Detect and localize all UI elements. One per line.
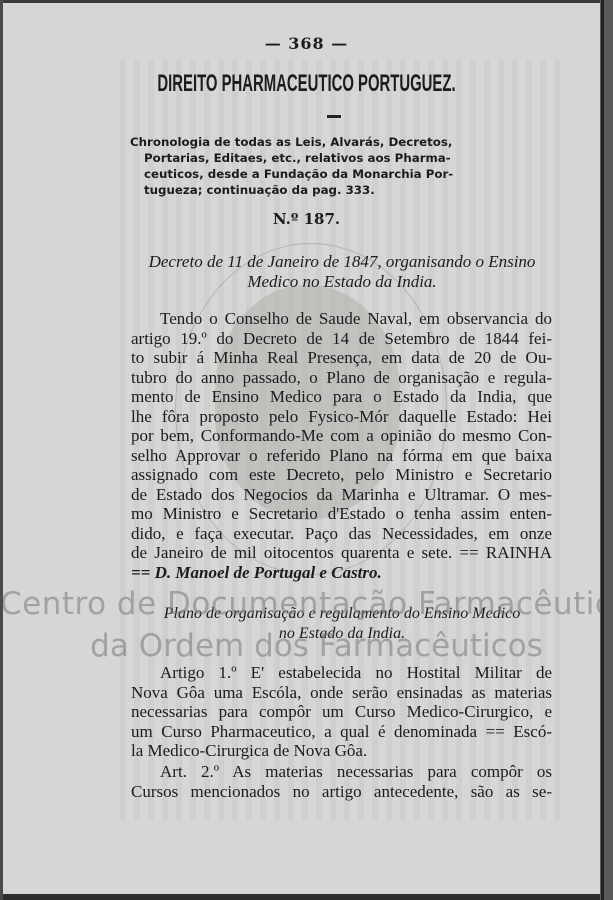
title-rule [327,115,341,118]
text-line: mo Ministro e Secretario d'Estado o tenh… [131,504,552,524]
text-line: dido, e faça executar. Paço das Necessid… [131,524,552,544]
plan-title-line: Plano de organisação e regulamento do En… [130,604,554,624]
scan-left-edge [0,0,3,900]
plan-title: Plano de organisação e regulamento do En… [130,604,554,644]
text-line: assignado com este Decreto, pelo Ministr… [131,465,552,485]
subtitle-line: Portarias, Editaes, etc., relativos aos … [130,150,554,166]
text-line: to subir á Minha Real Presença, em data … [131,348,552,368]
text-line: de Estado dos Negocios da Marinha e Ultr… [131,485,552,505]
subtitle-line: ceuticos, desde a Fundação da Monarchia … [130,166,554,182]
text-line: Cursos mencionados no artigo antecedente… [131,782,552,802]
page-number: — 368 — [0,34,613,53]
text-line: um Curso Pharmaceutico, a qual é denomin… [131,722,552,742]
subtitle-line: Chronologia de todas as Leis, Alvarás, D… [130,134,554,150]
journal-title: DIREITO PHARMACEUTICO PORTUGUEZ. [116,70,496,98]
text-line: por bem, Conformando-Me com a opinião do… [131,426,552,446]
text-line: Tendo o Conselho de Saude Naval, em obse… [131,309,552,329]
decree-title-line: Medico no Estado da India. [130,272,554,292]
text-line: la Medico-Cirurgica de Nova Gôa. [131,741,552,761]
section-subtitle: Chronologia de todas as Leis, Alvarás, D… [130,134,554,198]
scan-right-edge [601,0,604,900]
entry-number: N.º 187. [0,210,613,228]
plan-title-line: no Estado da India. [130,624,554,644]
text-line: Nova Gôa uma Escóla, onde serão ensinada… [131,683,552,703]
decree-title-line: Decreto de 11 de Janeiro de 1847, organi… [130,252,554,272]
scan-bottom-edge [0,894,613,900]
decree-title: Decreto de 11 de Janeiro de 1847, organi… [130,252,554,292]
text-line: Art. 2.º As materias necessarias para co… [131,762,552,782]
text-line: lhe fôra proposto pelo Fysico-Mór daquel… [131,407,552,427]
subtitle-line: tugueza; continuação da pag. 333. [130,182,554,198]
decree-paragraph: Tendo o Conselho de Saude Naval, em obse… [131,309,552,582]
article-2: Art. 2.º As materias necessarias para co… [131,762,552,801]
text-line: artigo 19.º do Decreto de 14 de Setembro… [131,329,552,349]
text-line: selho Approvar o referido Plano na fórma… [131,446,552,466]
signature-line: == D. Manoel de Portugal e Castro. [131,563,552,583]
text-line: Artigo 1.º E' estabelecida no Hostital M… [131,663,552,683]
scan-top-edge [0,0,613,3]
article-1: Artigo 1.º E' estabelecida no Hostital M… [131,663,552,761]
document-page: — 368 — DIREITO PHARMACEUTICO PORTUGUEZ.… [0,0,613,900]
text-line: mento de Ensino Medico para o Estado da … [131,387,552,407]
scanned-page: — 368 — DIREITO PHARMACEUTICO PORTUGUEZ.… [0,0,613,900]
text-line: de Janeiro de mil oitocentos quarenta e … [131,543,552,563]
text-line: necessarias para compôr um Curso Medico-… [131,702,552,722]
text-line: tubro do anno passado, o Plano de organi… [131,368,552,388]
